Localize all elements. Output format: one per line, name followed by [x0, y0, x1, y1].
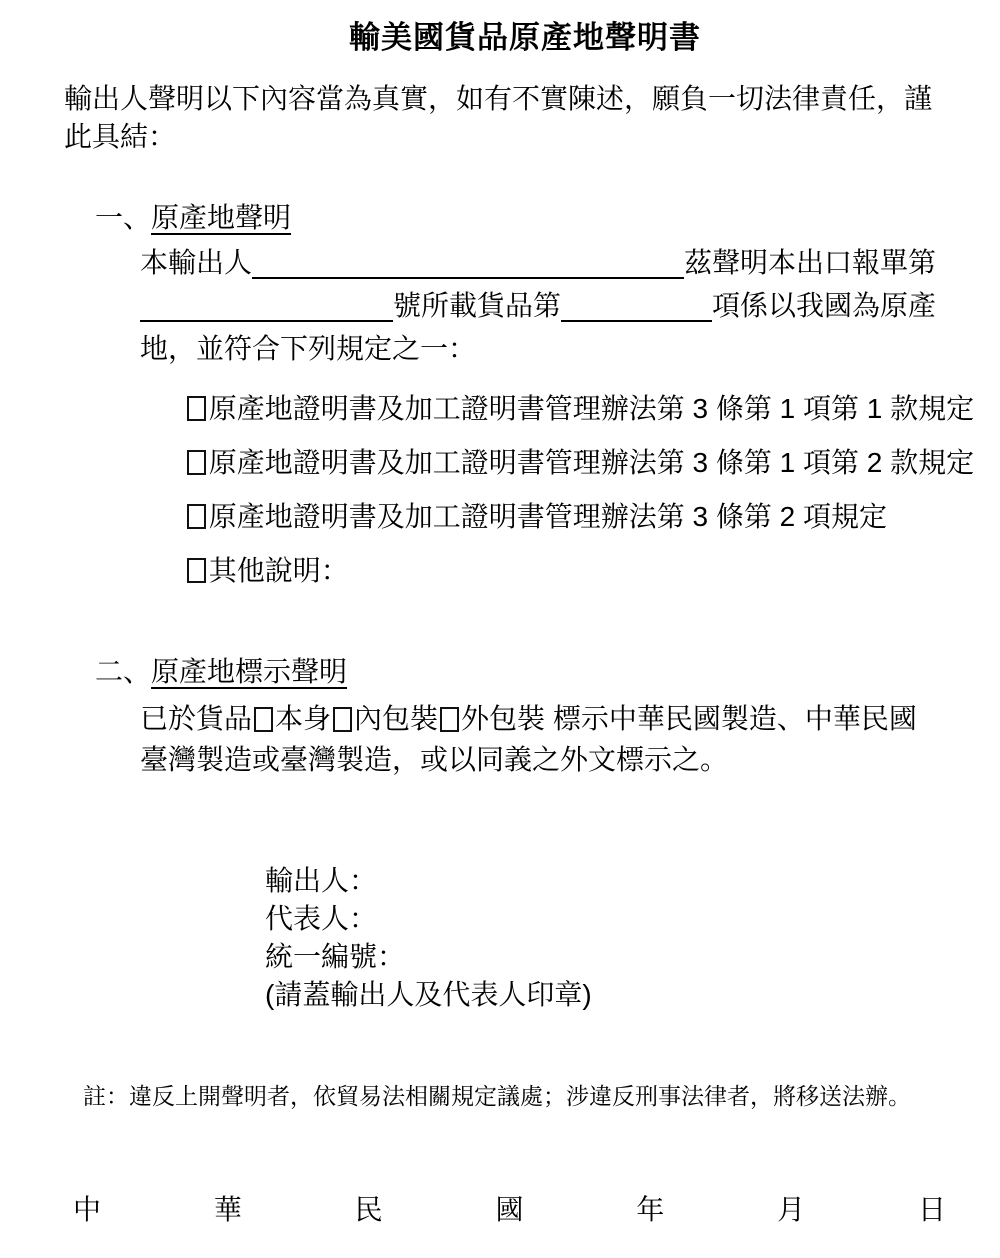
checkbox-rule2-icon[interactable] [187, 450, 206, 475]
date-char-min: 民 [355, 1188, 383, 1228]
origin-rule-options: 原產地證明書及加工證明書管理辦法第 3 條第 1 項第 1 款規定 原產地證明書… [140, 364, 960, 580]
uniform-number-label: 統一編號： [265, 938, 592, 976]
date-char-year: 年 [636, 1188, 664, 1228]
fill-line-2: 號所載貨品第 項係以我國為原產 [140, 284, 936, 327]
roc-date-line: 中 華 民 國 年 月 日 [73, 1188, 946, 1228]
section2-heading: 二、原產地標示聲明 [95, 650, 347, 690]
marking-line-2: 臺灣製造或臺灣製造，或以同義之外文標示之。 [140, 744, 728, 775]
date-char-month: 月 [777, 1188, 805, 1228]
marking-label-itself: 本身 [275, 703, 331, 734]
intro-line-1: 輸出人聲明以下內容當為真實，如有不實陳述，願負一切法律責任，謹 [64, 80, 944, 118]
option-label-4: 其他說明： [209, 555, 349, 586]
declaration-number-blank[interactable] [140, 284, 393, 322]
checkbox-other-icon[interactable] [187, 558, 206, 583]
date-char-hua: 華 [214, 1188, 242, 1228]
fill-text-origin: 項係以我國為原產 [712, 284, 936, 327]
fill-text-exporter: 本輸出人 [140, 241, 252, 284]
page-title: 輸美國貨品原產地聲明書 [50, 12, 1000, 57]
date-char-guo: 國 [495, 1188, 523, 1228]
marking-rest: 標示中華民國製造、中華民國 [545, 703, 917, 734]
date-char-zhong: 中 [73, 1188, 101, 1228]
checkbox-inner-packaging-icon[interactable] [333, 707, 352, 732]
marking-label-outer: 外包裝 [461, 703, 545, 734]
signature-block: 輸出人： 代表人： 統一編號： (請蓋輸出人及代表人印章) [265, 862, 592, 1014]
section2-body: 已於貨品本身內包裝外包裝 標示中華民國製造、中華民國臺灣製造或臺灣製造，或以同義… [140, 698, 950, 780]
section1-number: 一、 [95, 202, 151, 233]
legal-note: 註：違反上開聲明者，依貿易法相關規定議處；涉違反刑事法律者，將移送法辦。 [83, 1081, 953, 1111]
option-row-1: 原產地證明書及加工證明書管理辦法第 3 條第 1 項第 1 款規定 [140, 364, 960, 394]
date-char-day: 日 [918, 1188, 946, 1228]
exporter-label: 輸出人： [265, 862, 592, 900]
option-label-2: 原產地證明書及加工證明書管理辦法第 3 條第 1 項第 2 款規定 [209, 447, 974, 478]
representative-label: 代表人： [265, 900, 592, 938]
intro-line-2: 此具結： [64, 118, 944, 156]
checkbox-rule1-icon[interactable] [187, 396, 206, 421]
checkbox-outer-packaging-icon[interactable] [440, 707, 459, 732]
section1-fill-block: 本輸出人 茲聲明本出口報單第 號所載貨品第 項係以我國為原產 地，並符合下列規定… [140, 241, 936, 370]
item-number-blank[interactable] [561, 284, 712, 322]
fill-text-declares: 茲聲明本出口報單第 [684, 241, 936, 284]
section2-number: 二、 [95, 656, 151, 687]
checkbox-rule3-icon[interactable] [187, 504, 206, 529]
exporter-name-blank[interactable] [252, 241, 684, 279]
fill-text-goods-item: 號所載貨品第 [393, 284, 561, 327]
option-label-1: 原產地證明書及加工證明書管理辦法第 3 條第 1 項第 1 款規定 [209, 393, 974, 424]
checkbox-goods-itself-icon[interactable] [254, 707, 273, 732]
marking-label-inner: 內包裝 [354, 703, 438, 734]
section1-title: 原產地聲明 [151, 202, 291, 233]
intro-paragraph: 輸出人聲明以下內容當為真實，如有不實陳述，願負一切法律責任，謹 此具結： [64, 80, 944, 156]
section1-heading: 一、原產地聲明 [95, 196, 291, 236]
declaration-document-page: 輸美國貨品原產地聲明書 輸出人聲明以下內容當為真實，如有不實陳述，願負一切法律責… [0, 0, 1000, 1258]
marking-prefix: 已於貨品 [140, 703, 252, 734]
option-label-3: 原產地證明書及加工證明書管理辦法第 3 條第 2 項規定 [209, 501, 887, 532]
fill-line-1: 本輸出人 茲聲明本出口報單第 [140, 241, 936, 284]
section2-title: 原產地標示聲明 [151, 656, 347, 687]
seal-note: (請蓋輸出人及代表人印章) [265, 976, 592, 1014]
